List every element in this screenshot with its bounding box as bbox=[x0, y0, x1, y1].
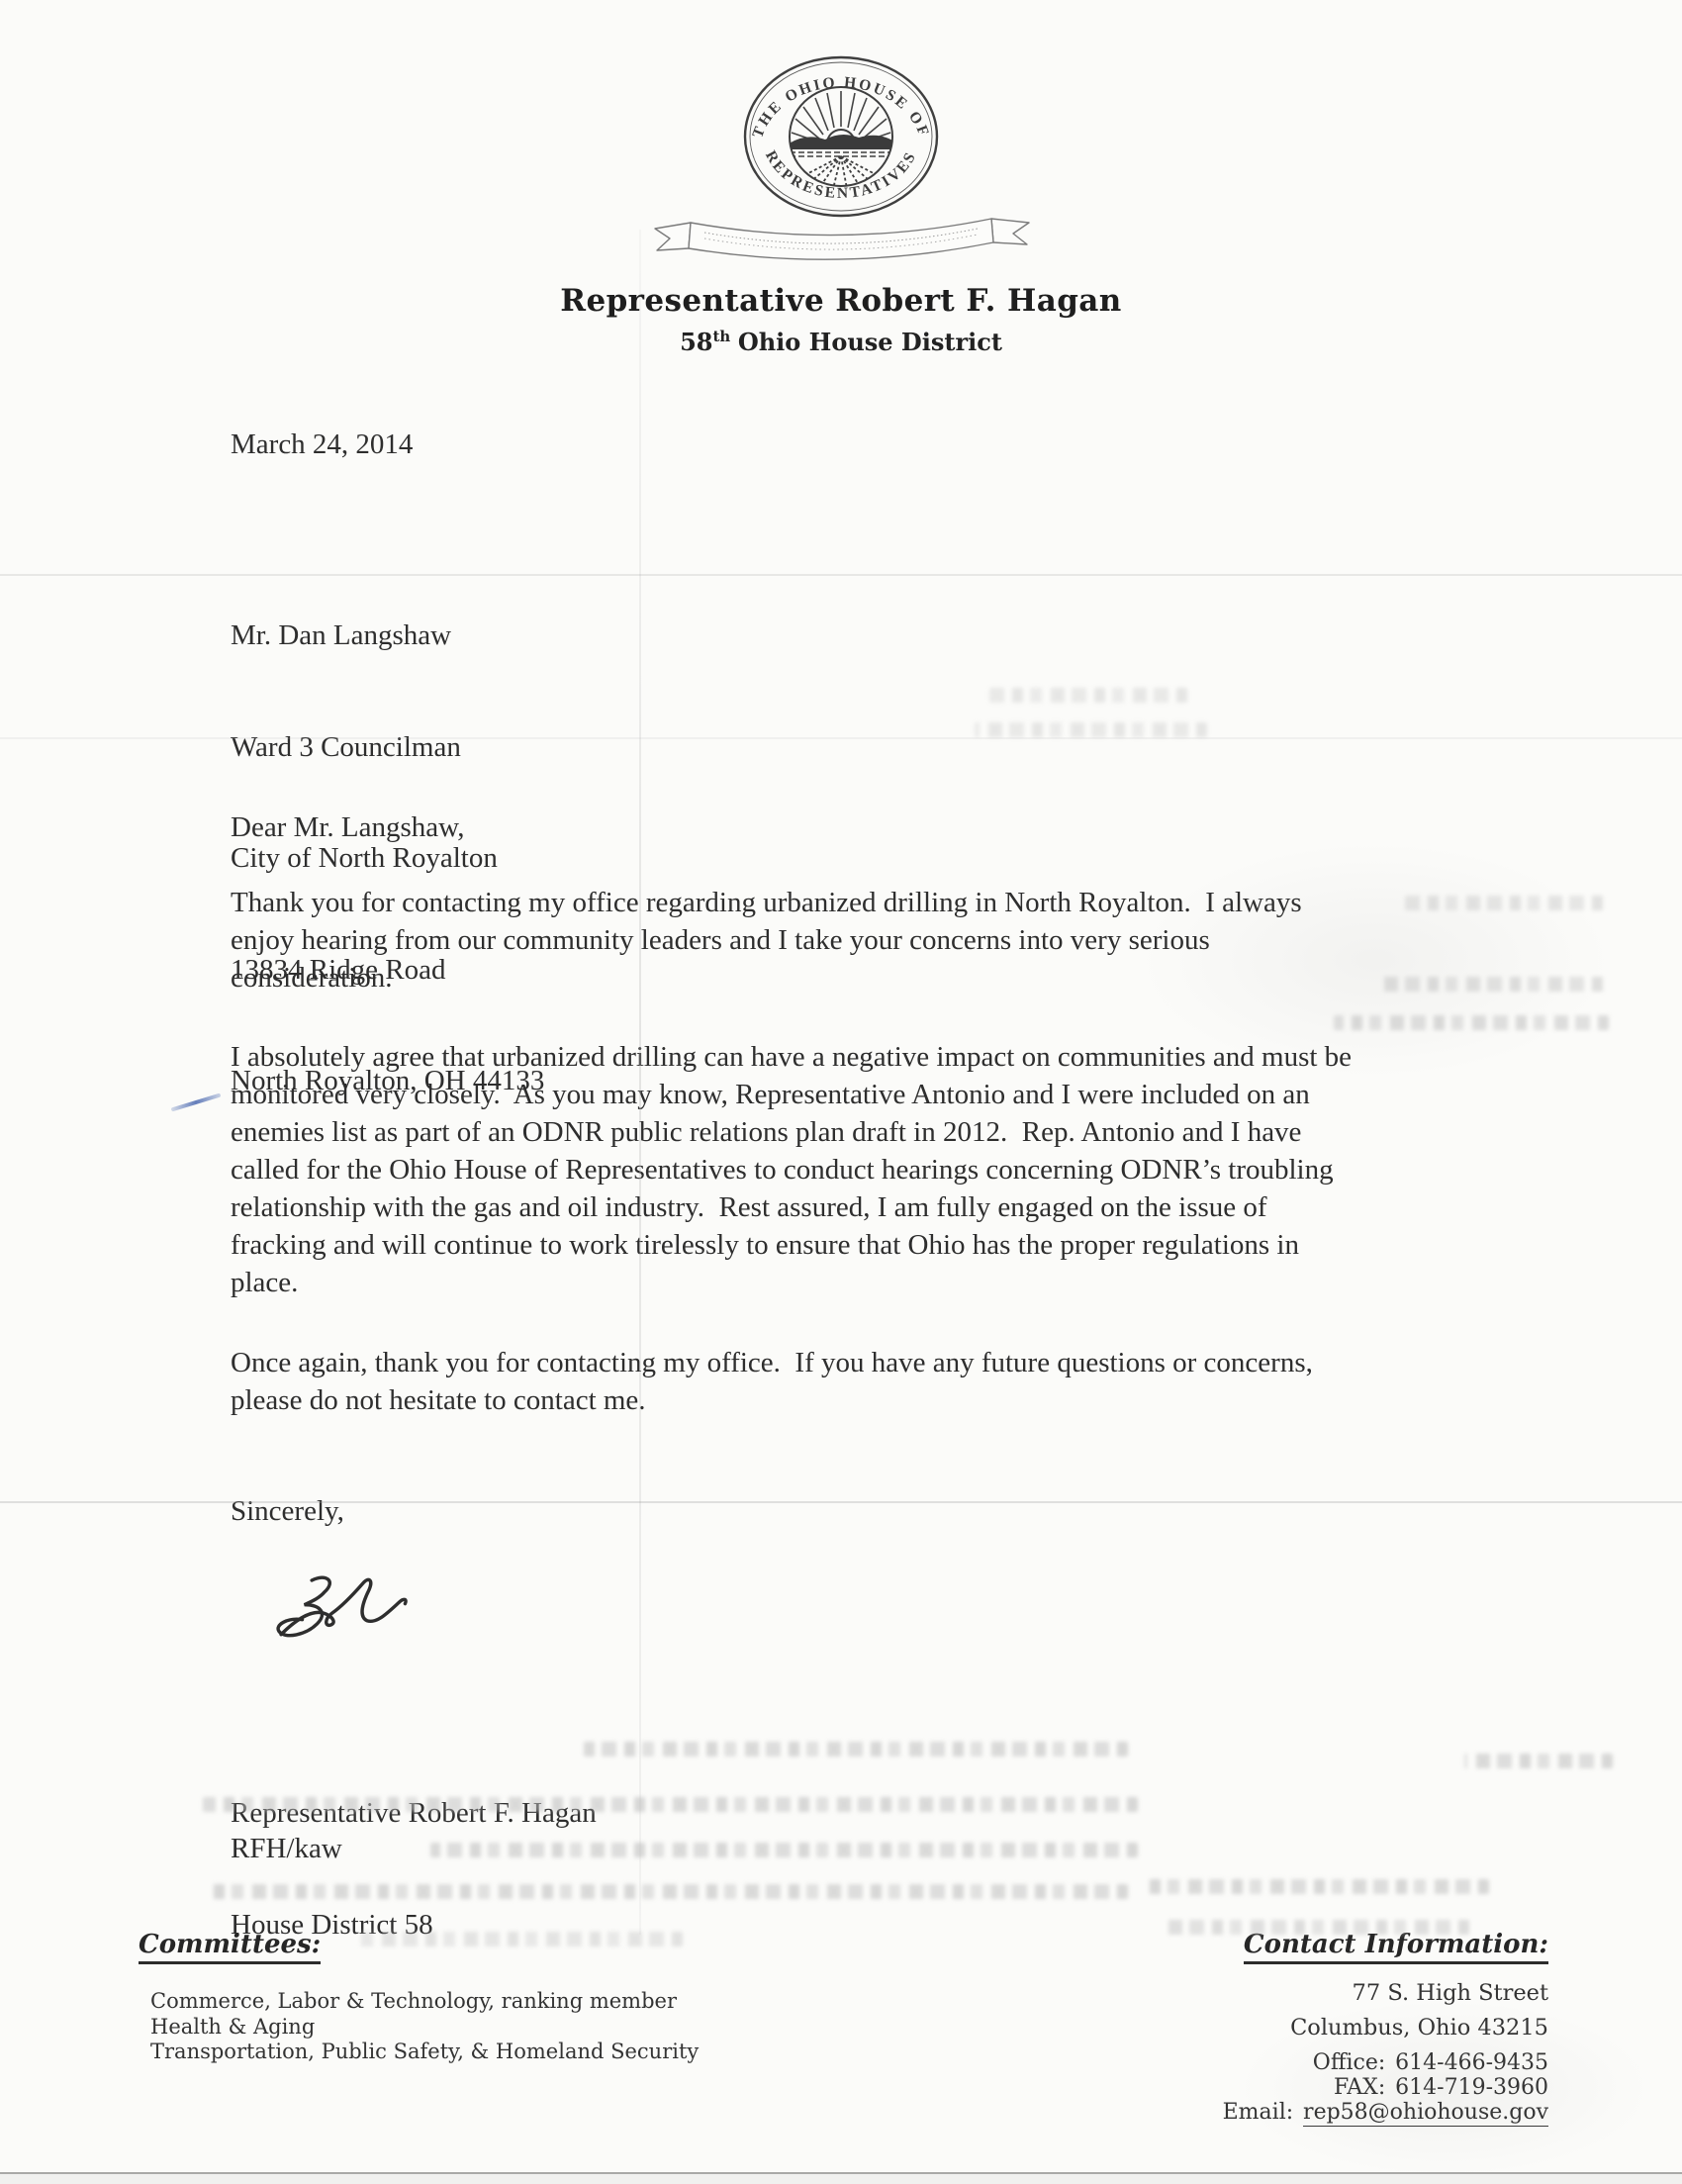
blue-pen-mark bbox=[171, 1092, 222, 1111]
recipient-title: Ward 3 Councilman bbox=[231, 729, 544, 767]
committees-heading: Committees: bbox=[139, 1930, 321, 1964]
letter-page: THE OHIO HOUSE OF REPRESENTATIVES bbox=[0, 0, 1682, 2184]
recipient-name: Mr. Dan Langshaw bbox=[231, 617, 544, 655]
contact-information-section: Contact Information: 77 S. High Street C… bbox=[1223, 1930, 1548, 2125]
letterhead-district: 58thOhio House District bbox=[0, 328, 1682, 356]
letterhead-name: Representative Robert F. Hagan bbox=[0, 283, 1682, 319]
fax-number: 614-719-3960 bbox=[1395, 2075, 1548, 2100]
bleed-through-artifact bbox=[989, 688, 1187, 703]
committee-item: Commerce, Labor & Technology, ranking me… bbox=[150, 1989, 699, 2015]
bleed-through-artifact bbox=[1334, 1015, 1609, 1030]
signer-name: Representative Robert F. Hagan bbox=[231, 1795, 597, 1833]
letter-date: March 24, 2014 bbox=[231, 426, 413, 463]
contact-office-line: Office:614-466-9435 bbox=[1223, 2050, 1548, 2075]
bleed-through-artifact bbox=[1148, 1879, 1489, 1894]
email-address: rep58@ohiohouse.gov bbox=[1303, 2100, 1548, 2127]
bleed-through-artifact bbox=[1405, 896, 1603, 910]
office-number: 614-466-9435 bbox=[1395, 2050, 1548, 2075]
district-number: 58 bbox=[680, 328, 712, 356]
bleed-through-artifact bbox=[1375, 977, 1603, 992]
scan-bottom-margin bbox=[0, 2174, 1682, 2184]
svg-text:REPRESENTATIVES: REPRESENTATIVES bbox=[762, 148, 920, 203]
contact-email-line: Email:rep58@ohiohouse.gov bbox=[1223, 2100, 1548, 2125]
bleed-through-artifact bbox=[584, 1742, 1128, 1757]
paragraph-2: I absolutely agree that urbanized drilli… bbox=[231, 1038, 1358, 1301]
email-label: Email: bbox=[1223, 2100, 1294, 2125]
contact-fax-line: FAX:614-719-3960 bbox=[1223, 2075, 1548, 2100]
paragraph-1: Thank you for contacting my office regar… bbox=[231, 884, 1358, 997]
ohio-house-seal: THE OHIO HOUSE OF REPRESENTATIVES bbox=[732, 49, 950, 230]
seal-ribbon-banner bbox=[645, 208, 1037, 269]
valediction: Sincerely, bbox=[231, 1492, 344, 1530]
district-ordinal: th bbox=[712, 328, 730, 345]
reference-initials: RFH/kaw bbox=[231, 1830, 342, 1867]
scan-bottom-edge bbox=[0, 2172, 1682, 2174]
contact-heading: Contact Information: bbox=[1244, 1930, 1548, 1964]
seal-bottom-text: REPRESENTATIVES bbox=[762, 148, 920, 203]
committees-list: Commerce, Labor & Technology, ranking me… bbox=[150, 1989, 699, 2065]
office-label: Office: bbox=[1313, 2050, 1385, 2075]
contact-street: 77 S. High Street bbox=[1223, 1976, 1548, 2011]
bleed-through-artifact bbox=[975, 722, 1207, 737]
committee-item: Health & Aging bbox=[150, 2015, 699, 2041]
bleed-through-artifact bbox=[1464, 1754, 1613, 1768]
district-label: Ohio House District bbox=[738, 328, 1002, 356]
committee-item: Transportation, Public Safety, & Homelan… bbox=[150, 2040, 699, 2065]
seal-sunrise-scene bbox=[788, 91, 894, 189]
salutation: Dear Mr. Langshaw, bbox=[231, 808, 465, 846]
signer-block: Representative Robert F. Hagan House Dis… bbox=[231, 1721, 597, 2018]
paragraph-3: Once again, thank you for contacting my … bbox=[231, 1344, 1358, 1419]
committees-section: Committees: bbox=[139, 1930, 321, 1964]
fax-label: FAX: bbox=[1334, 2075, 1385, 2100]
handwritten-signature bbox=[265, 1571, 414, 1649]
contact-city-state-zip: Columbus, Ohio 43215 bbox=[1223, 2011, 1548, 2045]
